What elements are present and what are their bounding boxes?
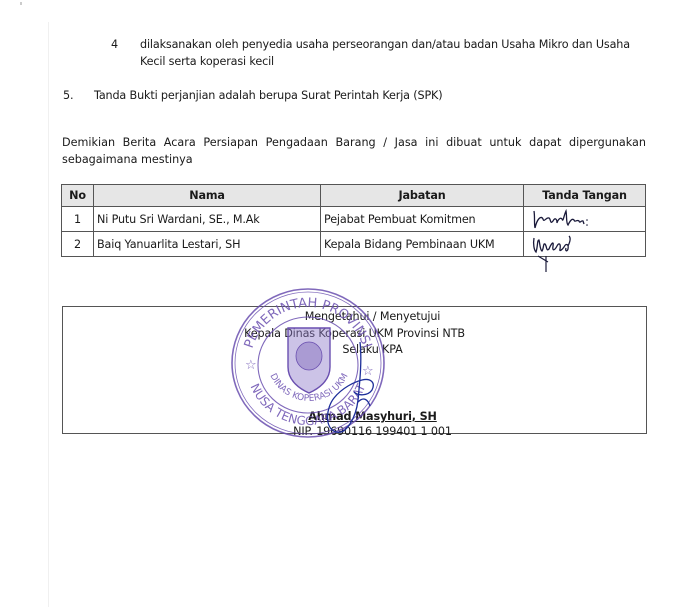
table-header-row: No Nama Jabatan Tanda Tangan <box>62 185 646 207</box>
scan-speck <box>20 2 22 5</box>
handwritten-signature-icon <box>524 232 644 282</box>
row-nama: Ni Putu Sri Wardani, SE., M.Ak <box>94 207 321 232</box>
handwritten-signature-icon <box>524 207 644 233</box>
row-no: 1 <box>62 207 94 232</box>
approval-line-2: Kepala Dinas Koperasi UKM Provinsi NTB <box>63 327 646 340</box>
row-nama: Baiq Yanuarlita Lestari, SH <box>94 232 321 257</box>
header-jabatan: Jabatan <box>321 185 524 207</box>
closing-paragraph: Demikian Berita Acara Persiapan Pengadaa… <box>62 134 646 168</box>
header-no: No <box>62 185 94 207</box>
item-4-line-1: dilaksanakan oleh penyedia usaha perseor… <box>140 38 630 51</box>
header-nama: Nama <box>94 185 321 207</box>
approval-line-1: Mengetahui / Menyetujui <box>81 310 664 323</box>
item-5-number: 5. <box>63 89 73 102</box>
signature-cell <box>524 207 646 232</box>
page-edge <box>48 22 49 607</box>
item-5-text: Tanda Bukti perjanjian adalah berupa Sur… <box>94 89 442 102</box>
row-jabatan: Kepala Bidang Pembinaan UKM <box>321 232 524 257</box>
table-row: 1 Ni Putu Sri Wardani, SE., M.Ak Pejabat… <box>62 207 646 232</box>
row-no: 2 <box>62 232 94 257</box>
header-tanda-tangan: Tanda Tangan <box>524 185 646 207</box>
row-jabatan: Pejabat Pembuat Komitmen <box>321 207 524 232</box>
approval-box: Mengetahui / Menyetujui Kepala Dinas Kop… <box>62 306 647 434</box>
item-4-line-2: Kecil serta koperasi kecil <box>140 55 274 68</box>
approval-line-3: Selaku KPA <box>81 343 664 356</box>
table-row: 2 Baiq Yanuarlita Lestari, SH Kepala Bid… <box>62 232 646 257</box>
approver-nip: NIP. 19690116 199401 1 001 <box>81 425 664 438</box>
signature-cell <box>524 232 646 257</box>
signature-table: No Nama Jabatan Tanda Tangan 1 Ni Putu S… <box>61 184 646 257</box>
item-4-number: 4 <box>111 38 118 51</box>
approver-name: Ahmad Masyhuri, SH <box>81 410 664 423</box>
